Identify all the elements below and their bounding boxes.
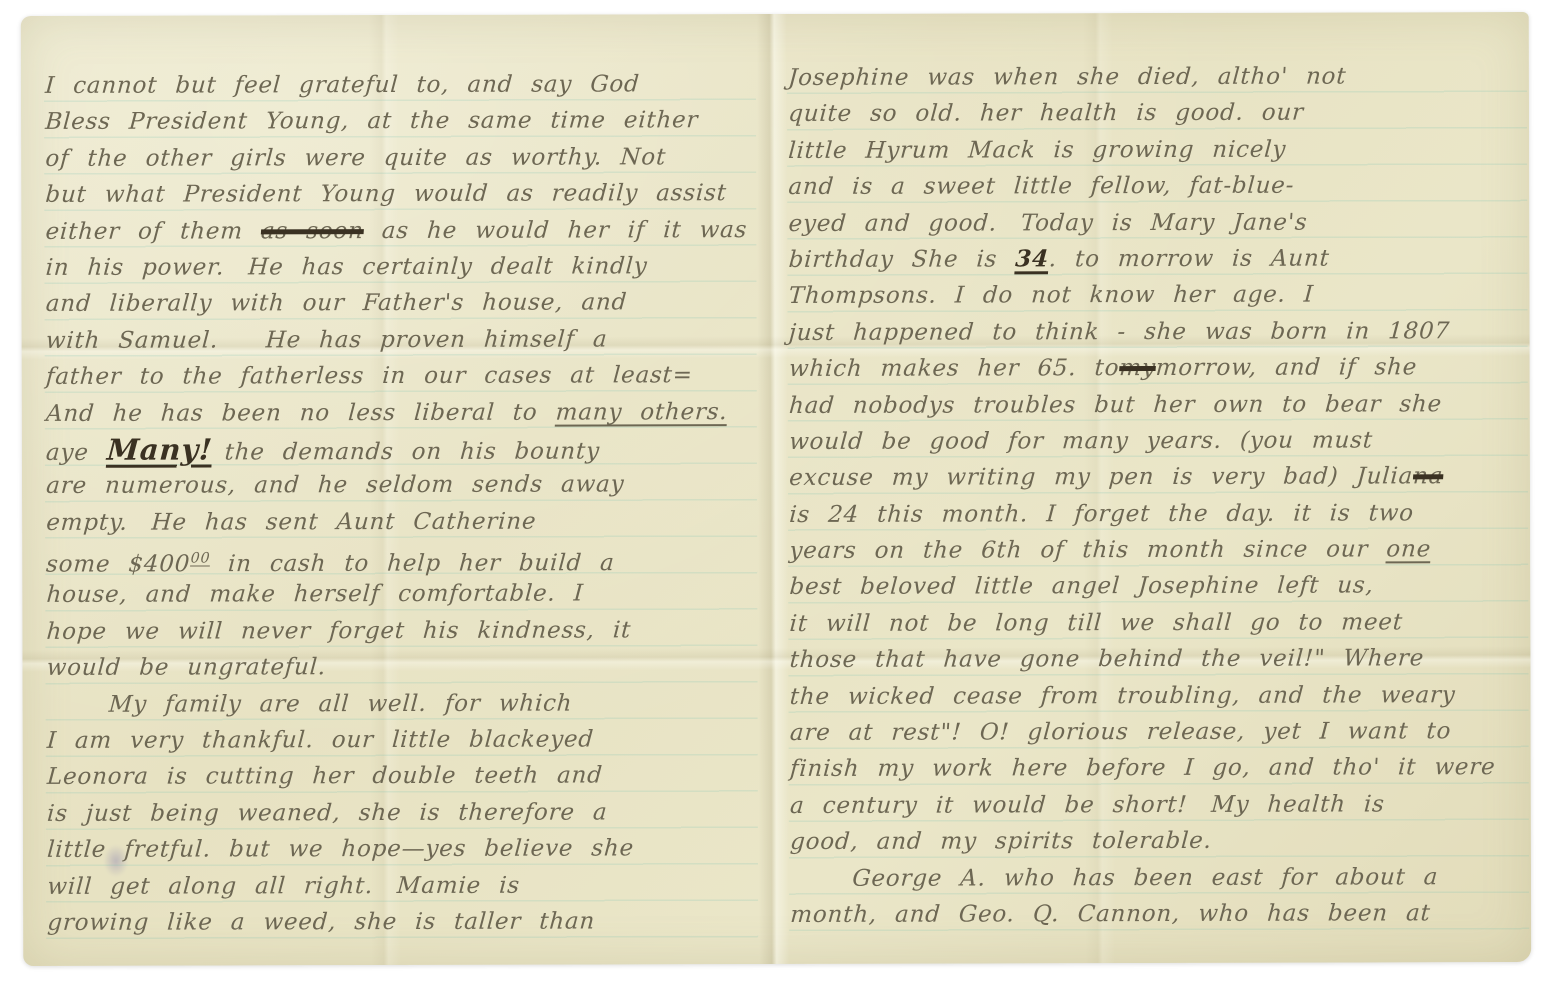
letter-line: is 24 this month. I forget the day. it i… [788,495,1530,533]
letter-text: quite so old. her health is good. our [787,100,1304,127]
letter-line: George A. who has been east for about a [789,859,1531,897]
letter-text: I am very thankful. our little blackeyed [46,727,595,754]
letter-text: birthday She is [788,246,1016,273]
letter-line: father to the fatherless in our cases at… [45,357,759,395]
letter-line: best beloved little angel Josephine left… [788,567,1530,605]
letter-line: I am very thankful. our little blackeyed [46,721,760,759]
letter-text: hope we will never forget his kindness, … [46,617,632,645]
letter-line: growing like a weed, she is taller than [46,903,760,941]
letter-line: quite so old. her health is good. our [787,94,1529,132]
letter-line: which makes her 65. tomymorrow, and if s… [788,349,1530,387]
letter-text: are at rest"! O! glorious release, yet I… [789,718,1452,746]
letter-line: is just being weaned, she is therefore a [46,794,760,832]
letter-text: a century it would be short! My health i… [789,791,1385,819]
letter-text-underline: many others. [555,399,729,425]
letter-line: little fretful. but we hope—yes believe … [46,830,760,868]
letter-text: in his power. He has certainly dealt kin… [45,253,649,281]
letter-text: in cash to help her build a [209,550,615,577]
letter-text: morrow, and if she [1155,354,1418,381]
letter-line: birthday She is 34. to morrow is Aunt [787,240,1529,278]
letter-line: it will not be long till we shall go to … [788,604,1530,642]
letter-page-right: Josephine was when she died, altho' notq… [787,58,1529,952]
letter-text: had nobodys troubles but her own to bear… [788,391,1443,419]
letter-line: in his power. He has certainly dealt kin… [44,248,758,286]
letter-text-underline-bold: 34 [1014,245,1049,272]
letter-text: some $400 [45,551,191,577]
letter-line: and is a sweet little fellow, fat-blue- [787,167,1529,205]
letter-text: father to the fatherless in our cases at… [45,362,694,390]
letter-text: I cannot but feel grateful to, and say G… [44,71,640,99]
letter-line: excuse my writing my pen is very bad) Ju… [788,458,1530,496]
letter-line: little Hyrum Mack is growing nicely [787,131,1529,169]
letter-line: but what President Young would as readil… [44,175,758,213]
letter-text: will get along all right. Mamie is [46,872,520,899]
letter-text: the wicked cease from troubling, and the… [789,682,1456,710]
letter-text: empty. He has sent Aunt Catherine [45,508,537,535]
letter-line: Leonora is cutting her double teeth and [46,757,760,795]
letter-line: Josephine was when she died, altho' not [787,58,1529,96]
letter-text: and liberally with our Father's house, a… [45,290,628,318]
letter-line: month, and Geo. Q. Cannon, who has been … [789,895,1531,933]
letter-text-underline: one [1386,536,1432,562]
letter-line: are numerous, and he seldom sends away [45,466,759,504]
letter-text: with Samuel. He has proven himself a [45,326,608,353]
letter-line: I cannot but feel grateful to, and say G… [44,66,758,104]
letter-text: growing like a weed, she is taller than [47,908,596,935]
letter-line: either of them as soon as he would her i… [44,212,758,250]
letter-line: those that have gone behind the veil!" W… [788,640,1530,678]
letter-line: finish my work here before I go, and tho… [789,749,1531,787]
letter-line: just happened to think - she was born in… [788,313,1530,351]
letter-page-left: I cannot but feel grateful to, and say G… [44,66,758,948]
letter-text: George A. who has been east for about a [851,864,1439,892]
letter-line: had nobodys troubles but her own to bear… [788,386,1530,424]
letter-text: Josephine was when she died, altho' not [787,64,1347,91]
letter-text: is just being weaned, she is therefore a [46,799,608,826]
letter-text: those that have gone behind the veil!" W… [789,646,1425,674]
letter-line: would be ungrateful. [46,648,760,686]
letter-line: My family are all well. for which [46,685,760,723]
letter-text: years on the 6th of this month since our [789,536,1388,564]
letter-text: little fretful. but we hope—yes believe … [46,836,635,864]
letter-line: the wicked cease from troubling, and the… [789,677,1531,715]
letter-text: house, and make herself comfortable. I [46,581,585,608]
letter-text: little Hyrum Mack is growing nicely [788,136,1288,163]
letter-text: good, and my spirits tolerable. [789,828,1212,855]
scan-background: { "colors": { "scan_background": "#fffff… [0,0,1554,996]
letter-text: which makes her 65. to [788,355,1120,382]
letter-line: empty. He has sent Aunt Catherine [45,503,759,541]
letter-text: Bless President Young, at the same time … [44,108,699,136]
vertical-fold-crease [757,14,789,964]
letter-text: just happened to think - she was born in… [788,318,1451,346]
letter-text: aye [45,440,108,466]
letter-text: of the other girls were quite as worthy.… [45,144,667,172]
letter-text: finish my work here before I go, and tho… [789,755,1496,783]
letter-text-strike: as soon [260,218,364,244]
letter-text: And he has been no less liberal to [45,399,556,426]
letter-line: with Samuel. He has proven himself a [45,321,759,359]
letter-text: best beloved little angel Josephine left… [789,573,1375,601]
letter-text: it will not be long till we shall go to … [789,609,1404,637]
letter-text-strike: my [1118,355,1156,381]
letter-text: either of them [45,218,262,245]
letter-text: would be good for many years. (you must [788,427,1373,455]
letter-text-strike: na [1412,464,1444,490]
letter-line: are at rest"! O! glorious release, yet I… [789,713,1531,751]
letter-line: And he has been no less liberal to many … [45,394,759,432]
letter-text: is 24 this month. I forget the day. it i… [788,500,1414,528]
letter-text: the demands on his bounty [212,438,601,465]
letter-text-underline-big: Many! [106,432,214,466]
letter-line: hope we will never forget his kindness, … [45,612,759,650]
letter-line: eyed and good. Today is Mary Jane's [787,204,1529,242]
letter-line: and liberally with our Father's house, a… [45,284,759,322]
letter-line: years on the 6th of this month since our… [788,531,1530,569]
letter-text: Leonora is cutting her double teeth and [46,763,603,790]
letter-line: a century it would be short! My health i… [789,786,1531,824]
letter-line: would be good for many years. (you must [788,422,1530,460]
letter-text: Thompsons. I do not know her age. I [788,282,1315,309]
letter-text: are numerous, and he seldom sends away [45,472,625,500]
letter-paper: I cannot but feel grateful to, and say G… [21,12,1531,966]
letter-line: some $40000 in cash to help her build a [45,539,759,577]
letter-line: Thompsons. I do not know her age. I [788,276,1530,314]
letter-line: house, and make herself comfortable. I [45,576,759,614]
letter-text: . to morrow is Aunt [1048,246,1330,273]
letter-text: as he would her if it was [363,217,748,244]
letter-text: My family are all well. for which [108,690,573,717]
letter-line: will get along all right. Mamie is [46,867,760,905]
letter-text: month, and Geo. Q. Cannon, who has been … [790,900,1432,928]
letter-line: aye Many! the demands on his bounty [45,430,759,468]
letter-text: would be ungrateful. [46,654,327,681]
letter-line: good, and my spirits tolerable. [789,822,1531,860]
letter-text: and is a sweet little fellow, fat-blue- [788,173,1296,200]
letter-text: excuse my writing my pen is very bad) Ju… [788,464,1414,492]
letter-text: but what President Young would as readil… [45,180,728,208]
letter-text: eyed and good. Today is Mary Jane's [788,209,1309,236]
letter-line: Bless President Young, at the same time … [44,102,758,140]
letter-line: of the other girls were quite as worthy.… [44,139,758,177]
letter-text-sup: 00 [190,551,211,567]
